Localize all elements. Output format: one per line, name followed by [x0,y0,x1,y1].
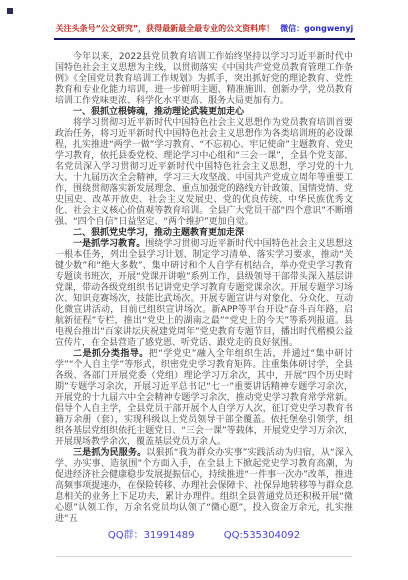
paragraph-lead: 一是抓学习教育。 [73,239,145,249]
section-heading-2: 二、狠抓党史学习，推动主题教育更加走深 [55,228,353,239]
section-heading-1: 一、狠抓立根铸魂，推动理论武装更加走心 [55,107,353,118]
body-paragraph: 三是抓为民服务。以狠抓“我为群众办实事”实践活动为归宿，从“深入学、办实事、造氛… [55,448,353,525]
paragraph-text: 把“学党史”融入全年组织生活，并通过“集中研讨学”“个人自主学”等形式，织密党史… [55,349,353,447]
body-paragraph: 今年以来，2022县党员教育培训工作始终坚持以学习习近平新时代中国特色社会主义思… [55,52,353,107]
page-corner-mark [7,8,13,14]
body-paragraph: 二是抓分类指导。把“学党史”融入全年组织生活，并通过“集中研讨学”“个人自主学”… [55,349,353,448]
header-promo-text: 关注头条号“公文研究”，获得最新最全最专业的公文资料库！ [56,24,275,33]
paragraph-text: 围绕学习贯彻习近平新时代中国特色社会主义思想这一根本任务，列出全县学习计划、制定… [55,239,353,348]
footer-divider [56,556,352,557]
header-wechat-id: 微信：gongwenyj [280,24,353,33]
document-body: 今年以来，2022县党员教育培训工作始终坚持以学习习近平新时代中国特色社会主义思… [55,52,353,525]
paragraph-lead: 三是抓为民服务。 [73,448,146,458]
paragraph-text: 以狠抓“我为群众办实事”实践活动为归宿，从“深入学、办实事、造氛围”个方面入手，… [55,448,353,524]
footer-qq: QQ:535304092 [224,530,300,541]
footer-qq-group: QQ群：31991489 [108,530,195,541]
body-paragraph: 一是抓学习教育。围绕学习贯彻习近平新时代中国特色社会主义思想这一根本任务，列出全… [55,239,353,349]
footer-contact: QQ群：31991489 QQ:535304092 [0,526,408,541]
header-promo-banner: 关注头条号“公文研究”，获得最新最全最专业的公文资料库！微信：gongwenyj [54,23,355,40]
paragraph-lead: 二是抓分类指导。 [73,349,149,359]
body-paragraph: 将学习贯彻习近平新时代中国特色社会主义思想作为党员教育培训首要政治任务，将习近平… [55,118,353,228]
document-page: 关注头条号“公文研究”，获得最新最全最专业的公文资料库！微信：gongwenyj… [0,0,408,580]
